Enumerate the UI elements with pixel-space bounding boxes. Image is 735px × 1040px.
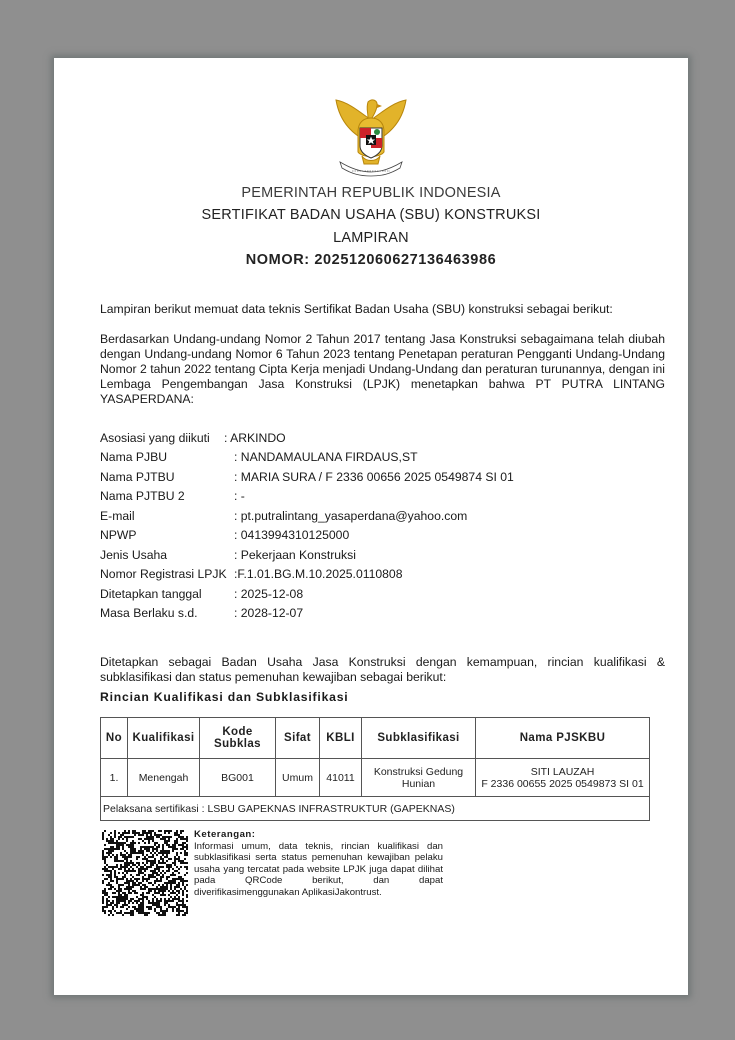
info-label: Nama PJTBU <box>100 470 234 484</box>
info-label: NPWP <box>100 528 234 542</box>
qr-code-icon[interactable] <box>102 830 188 916</box>
info-value: : - <box>234 489 245 503</box>
info-label: Masa Berlaku s.d. <box>100 606 234 620</box>
info-row-pjbu: Nama PJBU : NANDAMAULANA FIRDAUS,ST <box>100 448 514 468</box>
col-kbli: KBLI <box>320 718 362 759</box>
cell-kode: BG001 <box>200 759 276 797</box>
keterangan-text: Informasi umum, data teknis, rincian kua… <box>194 841 443 899</box>
closing-paragraph: Ditetapkan sebagai Badan Usaha Jasa Kons… <box>100 655 665 685</box>
info-row-pjtbu: Nama PJTBU : MARIA SURA / F 2336 00656 2… <box>100 467 514 487</box>
table-header-row: No Kualifikasi Kode Subklas Sifat KBLI S… <box>101 718 650 759</box>
pjskbu-name: SITI LAUZAH <box>478 766 647 778</box>
header-certificate-title: SERTIFIKAT BADAN USAHA (SBU) KONSTRUKSI <box>54 207 688 223</box>
info-value: : NANDAMAULANA FIRDAUS,ST <box>234 450 418 464</box>
table-footer-row: Pelaksana sertifikasi : LSBU GAPEKNAS IN… <box>101 797 650 821</box>
table-row: 1. Menengah BG001 Umum 41011 Konstruksi … <box>101 759 650 797</box>
info-row-masa-berlaku: Masa Berlaku s.d. : 2028-12-07 <box>100 604 514 624</box>
info-value: : ARKINDO <box>224 431 286 445</box>
cell-sifat: Umum <box>276 759 320 797</box>
garuda-emblem-icon <box>330 92 412 178</box>
col-nama-pjskbu: Nama PJSKBU <box>476 718 650 759</box>
cell-kualifikasi: Menengah <box>128 759 200 797</box>
info-value: : 2028-12-07 <box>234 606 303 620</box>
company-info-list: Asosiasi yang diikuti : ARKINDO Nama PJB… <box>100 428 514 623</box>
keterangan-note: Keterangan: Informasi umum, data teknis,… <box>194 829 443 898</box>
cell-no: 1. <box>101 759 128 797</box>
cell-kbli: 41011 <box>320 759 362 797</box>
info-row-ditetapkan: Ditetapkan tanggal : 2025-12-08 <box>100 584 514 604</box>
info-label: Nama PJTBU 2 <box>100 489 234 503</box>
info-row-jenis-usaha: Jenis Usaha : Pekerjaan Konstruksi <box>100 545 514 565</box>
info-label: Nomor Registrasi LPJK <box>100 567 234 581</box>
info-value: : pt.putralintang_yasaperdana@yahoo.com <box>234 509 467 523</box>
info-row-registrasi: Nomor Registrasi LPJK :F.1.01.BG.M.10.20… <box>100 565 514 585</box>
info-value: :F.1.01.BG.M.10.2025.0110808 <box>234 567 403 581</box>
info-label: E-mail <box>100 509 234 523</box>
header-nomor: NOMOR: 20251206062713646398​6 <box>54 252 688 268</box>
info-row-asosiasi: Asosiasi yang diikuti : ARKINDO <box>100 428 514 448</box>
header-lampiran: LAMPIRAN <box>54 230 688 246</box>
info-row-email: E-mail : pt.putralintang_yasaperdana@yah… <box>100 506 514 526</box>
intro-text: Lampiran berikut memuat data teknis Sert… <box>100 302 665 317</box>
info-value: : 2025-12-08 <box>234 587 303 601</box>
info-label: Ditetapkan tanggal <box>100 587 234 601</box>
cell-subklasifikasi: Konstruksi Gedung Hunian <box>362 759 476 797</box>
pelaksana-sertifikasi: Pelaksana sertifikasi : LSBU GAPEKNAS IN… <box>101 797 650 821</box>
col-kode-subklas: Kode Subklas <box>200 718 276 759</box>
col-no: No <box>101 718 128 759</box>
section-title: Rincian Kualifikasi dan Subklasifikasi <box>100 690 349 704</box>
info-label: Jenis Usaha <box>100 548 234 562</box>
pjskbu-id: F 2336 00655 2025 0549873 SI 01 <box>478 778 647 790</box>
col-sifat: Sifat <box>276 718 320 759</box>
col-kualifikasi: Kualifikasi <box>128 718 200 759</box>
col-subklasifikasi: Subklasifikasi <box>362 718 476 759</box>
info-row-pjtbu-2: Nama PJTBU 2 : - <box>100 487 514 507</box>
info-value: : Pekerjaan Konstruksi <box>234 548 356 562</box>
cell-pjskbu: SITI LAUZAH F 2336 00655 2025 0549873 SI… <box>476 759 650 797</box>
info-label: Nama PJBU <box>100 450 234 464</box>
legal-basis-paragraph: Berdasarkan Undang-undang Nomor 2 Tahun … <box>100 332 665 407</box>
info-row-npwp: NPWP : 0413994310125000 <box>100 526 514 546</box>
info-value: : MARIA SURA / F 2336 00656 2025 0549874… <box>234 470 514 484</box>
qualification-table: No Kualifikasi Kode Subklas Sifat KBLI S… <box>100 717 650 821</box>
keterangan-title: Keterangan: <box>194 829 443 841</box>
info-value: : 0413994310125000 <box>234 528 349 542</box>
header-government: PEMERINTAH REPUBLIK INDONESIA <box>54 185 688 201</box>
info-label: Asosiasi yang diikuti <box>100 431 224 445</box>
